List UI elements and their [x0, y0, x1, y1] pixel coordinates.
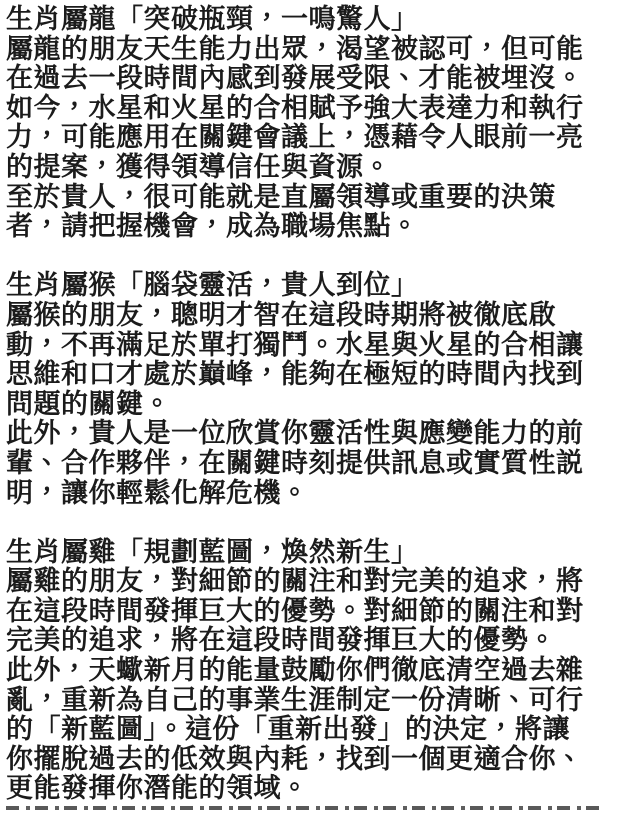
- text-line: 如今，水星和火星的合相賦予強大表達力和執行: [6, 94, 614, 124]
- section-monkey: 生肖屬猴「腦袋靈活，貴人到位」 屬猴的朋友，聰明才智在這段時期將被徹底啟 動，不…: [6, 271, 614, 508]
- text-line: 者，請把握機會，成為職場焦點。: [6, 212, 614, 242]
- section-dragon-heading: 生肖屬龍「突破瓶頸，一鳴驚人」: [6, 5, 614, 35]
- text-line: 在這段時間發揮巨大的優勢。對細節的關注和對: [6, 597, 614, 627]
- text-line: 亂，重新為自己的事業生涯制定一份清晰、可行: [6, 686, 614, 716]
- text-line: 在過去一段時間內感到發展受限、才能被埋沒。: [6, 64, 614, 94]
- section-rooster: 生肖屬雞「規劃藍圖，煥然新生」 屬雞的朋友，對細節的關注和對完美的追求，將 在這…: [6, 538, 614, 804]
- text-line: 明，讓你輕鬆化解危機。: [6, 479, 614, 509]
- text-line: 此外，天蠍新月的能量鼓勵你們徹底清空過去雜: [6, 656, 614, 686]
- text-line: 輩、合作夥伴，在關鍵時刻提供訊息或實質性説: [6, 449, 614, 479]
- text-line: 的「新藍圖」。這份「重新出發」的決定，將讓: [6, 715, 614, 745]
- text-line: 動，不再滿足於單打獨鬥。水星與火星的合相讓: [6, 331, 614, 361]
- text-line: 至於貴人，很可能就是直屬領導或重要的決策: [6, 183, 614, 213]
- text-line: 的提案，獲得領導信任與資源。: [6, 153, 614, 183]
- text-line: 完美的追求，將在這段時間發揮巨大的優勢。: [6, 626, 614, 656]
- section-monkey-heading: 生肖屬猴「腦袋靈活，貴人到位」: [6, 271, 614, 301]
- text-line: 力，可能應用在關鍵會議上，憑藉令人眼前一亮: [6, 123, 614, 153]
- section-rooster-heading: 生肖屬雞「規劃藍圖，煥然新生」: [6, 538, 614, 568]
- clipped-next-text-line: [6, 806, 604, 810]
- text-line: 思維和口才處於巔峰，能夠在極短的時間內找到: [6, 360, 614, 390]
- text-line: 更能發揮你潛能的領域。: [6, 774, 614, 804]
- text-line: 屬雞的朋友，對細節的關注和對完美的追求，將: [6, 567, 614, 597]
- text-line: 你擺脫過去的低效與內耗，找到一個更適合你、: [6, 745, 614, 775]
- text-line: 此外，貴人是一位欣賞你靈活性與應變能力的前: [6, 419, 614, 449]
- text-line: 問題的關鍵。: [6, 390, 614, 420]
- document-page: 生肖屬龍「突破瓶頸，一鳴驚人」 屬龍的朋友天生能力出眾，渴望被認可，但可能 在過…: [0, 0, 618, 814]
- section-dragon: 生肖屬龍「突破瓶頸，一鳴驚人」 屬龍的朋友天生能力出眾，渴望被認可，但可能 在過…: [6, 5, 614, 242]
- text-line: 屬猴的朋友，聰明才智在這段時期將被徹底啟: [6, 301, 614, 331]
- text-line: 屬龍的朋友天生能力出眾，渴望被認可，但可能: [6, 35, 614, 65]
